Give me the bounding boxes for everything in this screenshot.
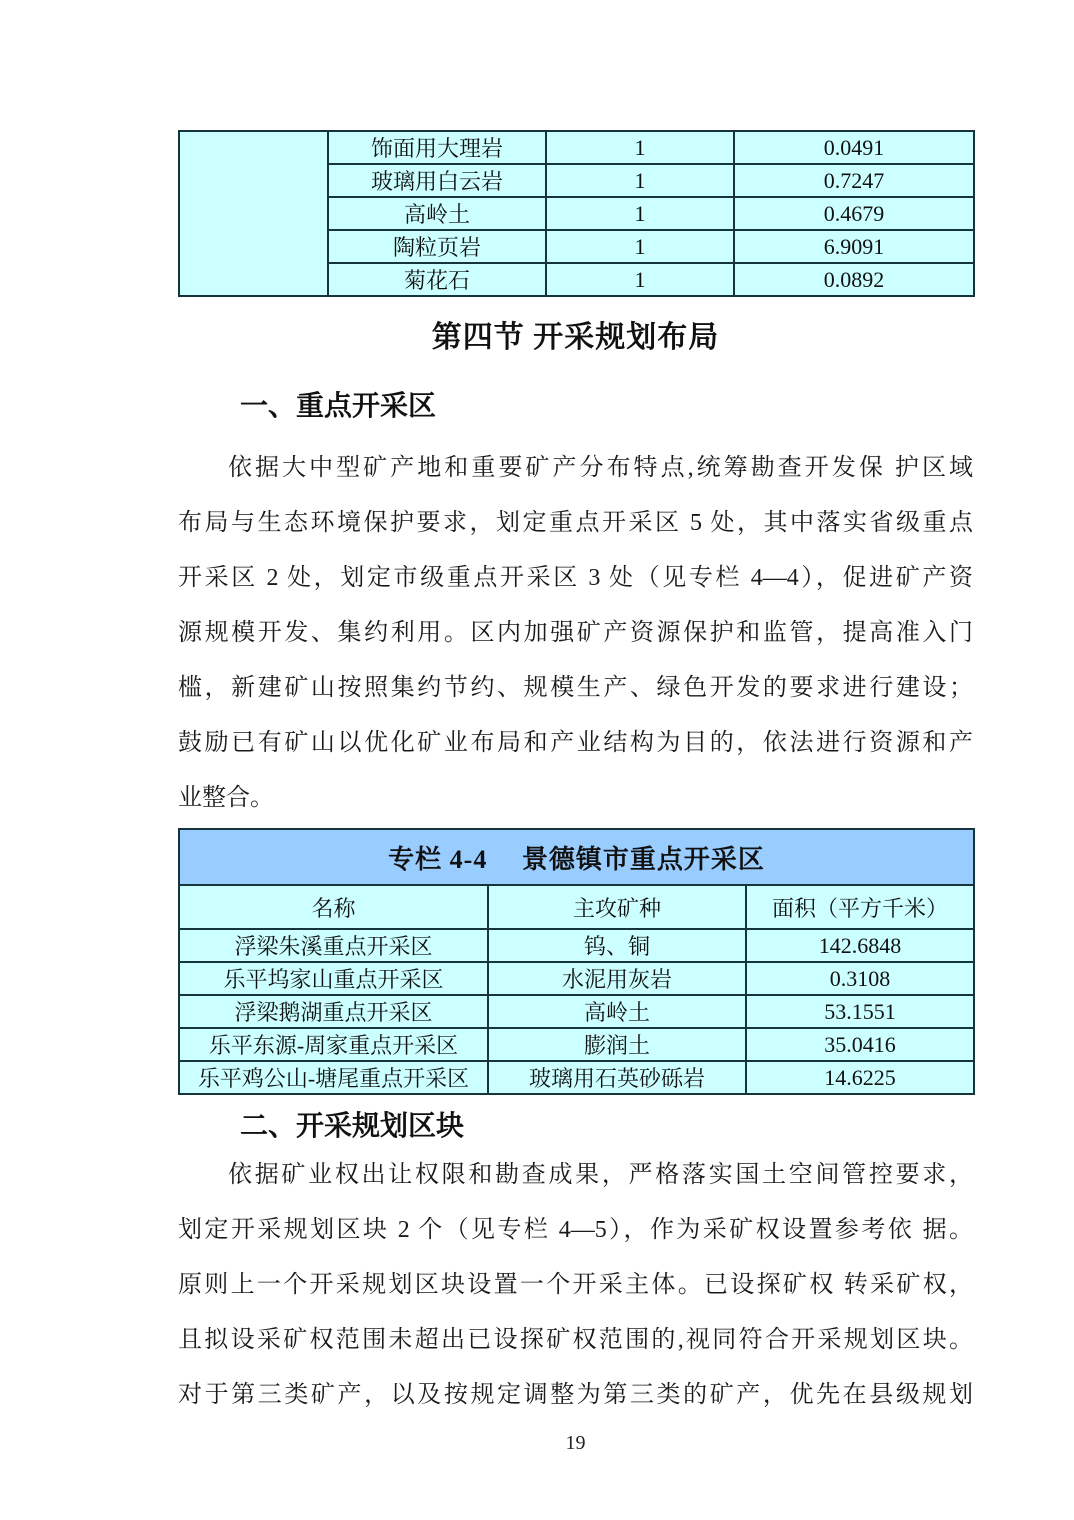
text-line: 开采区 2 处，划定市级重点开采区 3 处（见专栏 4—4），促进矿产资 — [178, 551, 973, 606]
count-cell: 1 — [546, 263, 734, 296]
paragraph-1: 依据大中型矿产地和重要矿产分布特点,统筹勘查开发保 护区域 布局与生态环境保护要… — [178, 441, 973, 826]
zone-mineral-cell: 膨润土 — [488, 1028, 746, 1061]
zone-mineral-cell: 高岭土 — [488, 995, 746, 1028]
text-line: 对于第三类矿产，以及按规定调整为第三类的矿产，优先在县级规划 — [178, 1368, 973, 1423]
count-cell: 1 — [546, 230, 734, 263]
text-line: 原则上一个开采规划区块设置一个开采主体。已设探矿权 转采矿权， — [178, 1258, 973, 1313]
zone-name-cell: 乐平坞家山重点开采区 — [179, 962, 488, 995]
zone-area-cell: 0.3108 — [746, 962, 974, 995]
count-cell: 1 — [546, 164, 734, 197]
section-title: 第四节 开采规划布局 — [178, 317, 973, 359]
column-header-area: 面积（平方千米） — [746, 885, 974, 929]
count-cell: 1 — [546, 197, 734, 230]
zone-name-cell: 浮梁朱溪重点开采区 — [179, 929, 488, 962]
text-line: 依据矿业权出让权限和勘查成果，严格落实国土空间管控要求， — [178, 1148, 973, 1203]
zone-area-cell: 14.6225 — [746, 1061, 974, 1094]
count-cell: 1 — [546, 131, 734, 164]
minerals-continuation-table: 饰面用大理岩 1 0.0491 玻璃用白云岩 1 0.7247 高岭土 1 0.… — [178, 130, 975, 297]
merged-empty-cell — [179, 131, 328, 296]
zone-area-cell: 35.0416 — [746, 1028, 974, 1061]
column-header-name: 名称 — [179, 885, 488, 929]
zone-area-cell: 53.1551 — [746, 995, 974, 1028]
zone-area-cell: 142.6848 — [746, 929, 974, 962]
box-4-4-table: 专栏 4-4 景德镇市重点开采区 名称 主攻矿种 面积（平方千米） 浮梁朱溪重点… — [178, 828, 975, 1095]
value-cell: 0.7247 — [734, 164, 974, 197]
text-line: 布局与生态环境保护要求，划定重点开采区 5 处，其中落实省级重点 — [178, 496, 973, 551]
box-title-row: 专栏 4-4 景德镇市重点开采区 — [179, 829, 974, 885]
text-line: 槛，新建矿山按照集约节约、规模生产、绿色开发的要求进行建设； — [178, 661, 973, 716]
zone-name-cell: 浮梁鹅湖重点开采区 — [179, 995, 488, 1028]
paragraph-2: 依据矿业权出让权限和勘查成果，严格落实国土空间管控要求， 划定开采规划区块 2 … — [178, 1148, 973, 1423]
value-cell: 0.0491 — [734, 131, 974, 164]
table-row: 浮梁朱溪重点开采区 钨、铜 142.6848 — [179, 929, 974, 962]
mineral-name-cell: 饰面用大理岩 — [328, 131, 546, 164]
box-header-row: 名称 主攻矿种 面积（平方千米） — [179, 885, 974, 929]
text-line: 依据大中型矿产地和重要矿产分布特点,统筹勘查开发保 护区域 — [178, 441, 973, 496]
mineral-name-cell: 高岭土 — [328, 197, 546, 230]
text-line: 鼓励已有矿山以优化矿业布局和产业结构为目的，依法进行资源和产 — [178, 716, 973, 771]
text-line: 且拟设采矿权范围未超出已设探矿权范围的,视同符合开采规划区块。 — [178, 1313, 973, 1368]
mineral-name-cell: 玻璃用白云岩 — [328, 164, 546, 197]
value-cell: 6.9091 — [734, 230, 974, 263]
box-title: 专栏 4-4 景德镇市重点开采区 — [179, 829, 974, 885]
text-line: 划定开采规划区块 2 个（见专栏 4—5），作为采矿权设置参考依 据。 — [178, 1203, 973, 1258]
table-row: 浮梁鹅湖重点开采区 高岭土 53.1551 — [179, 995, 974, 1028]
table-row: 乐平鸡公山-塘尾重点开采区 玻璃用石英砂砾岩 14.6225 — [179, 1061, 974, 1094]
page-number: 19 — [178, 1430, 973, 1456]
value-cell: 0.0892 — [734, 263, 974, 296]
column-header-mineral: 主攻矿种 — [488, 885, 746, 929]
mineral-name-cell: 陶粒页岩 — [328, 230, 546, 263]
zone-name-cell: 乐平鸡公山-塘尾重点开采区 — [179, 1061, 488, 1094]
table-row: 饰面用大理岩 1 0.0491 — [179, 131, 974, 164]
text-line: 业整合。 — [178, 771, 973, 826]
table-row: 乐平坞家山重点开采区 水泥用灰岩 0.3108 — [179, 962, 974, 995]
document-page: 饰面用大理岩 1 0.0491 玻璃用白云岩 1 0.7247 高岭土 1 0.… — [0, 0, 1074, 1520]
text-line: 源规模开发、集约利用。区内加强矿产资源保护和监管，提高准入门 — [178, 606, 973, 661]
subsection-1-heading: 一、重点开采区 — [178, 387, 973, 427]
zone-mineral-cell: 玻璃用石英砂砾岩 — [488, 1061, 746, 1094]
subsection-2-heading: 二、开采规划区块 — [178, 1108, 973, 1146]
mineral-name-cell: 菊花石 — [328, 263, 546, 296]
value-cell: 0.4679 — [734, 197, 974, 230]
table-row: 乐平东源-周家重点开采区 膨润土 35.0416 — [179, 1028, 974, 1061]
zone-mineral-cell: 水泥用灰岩 — [488, 962, 746, 995]
page-content: 饰面用大理岩 1 0.0491 玻璃用白云岩 1 0.7247 高岭土 1 0.… — [178, 0, 973, 1456]
zone-mineral-cell: 钨、铜 — [488, 929, 746, 962]
zone-name-cell: 乐平东源-周家重点开采区 — [179, 1028, 488, 1061]
